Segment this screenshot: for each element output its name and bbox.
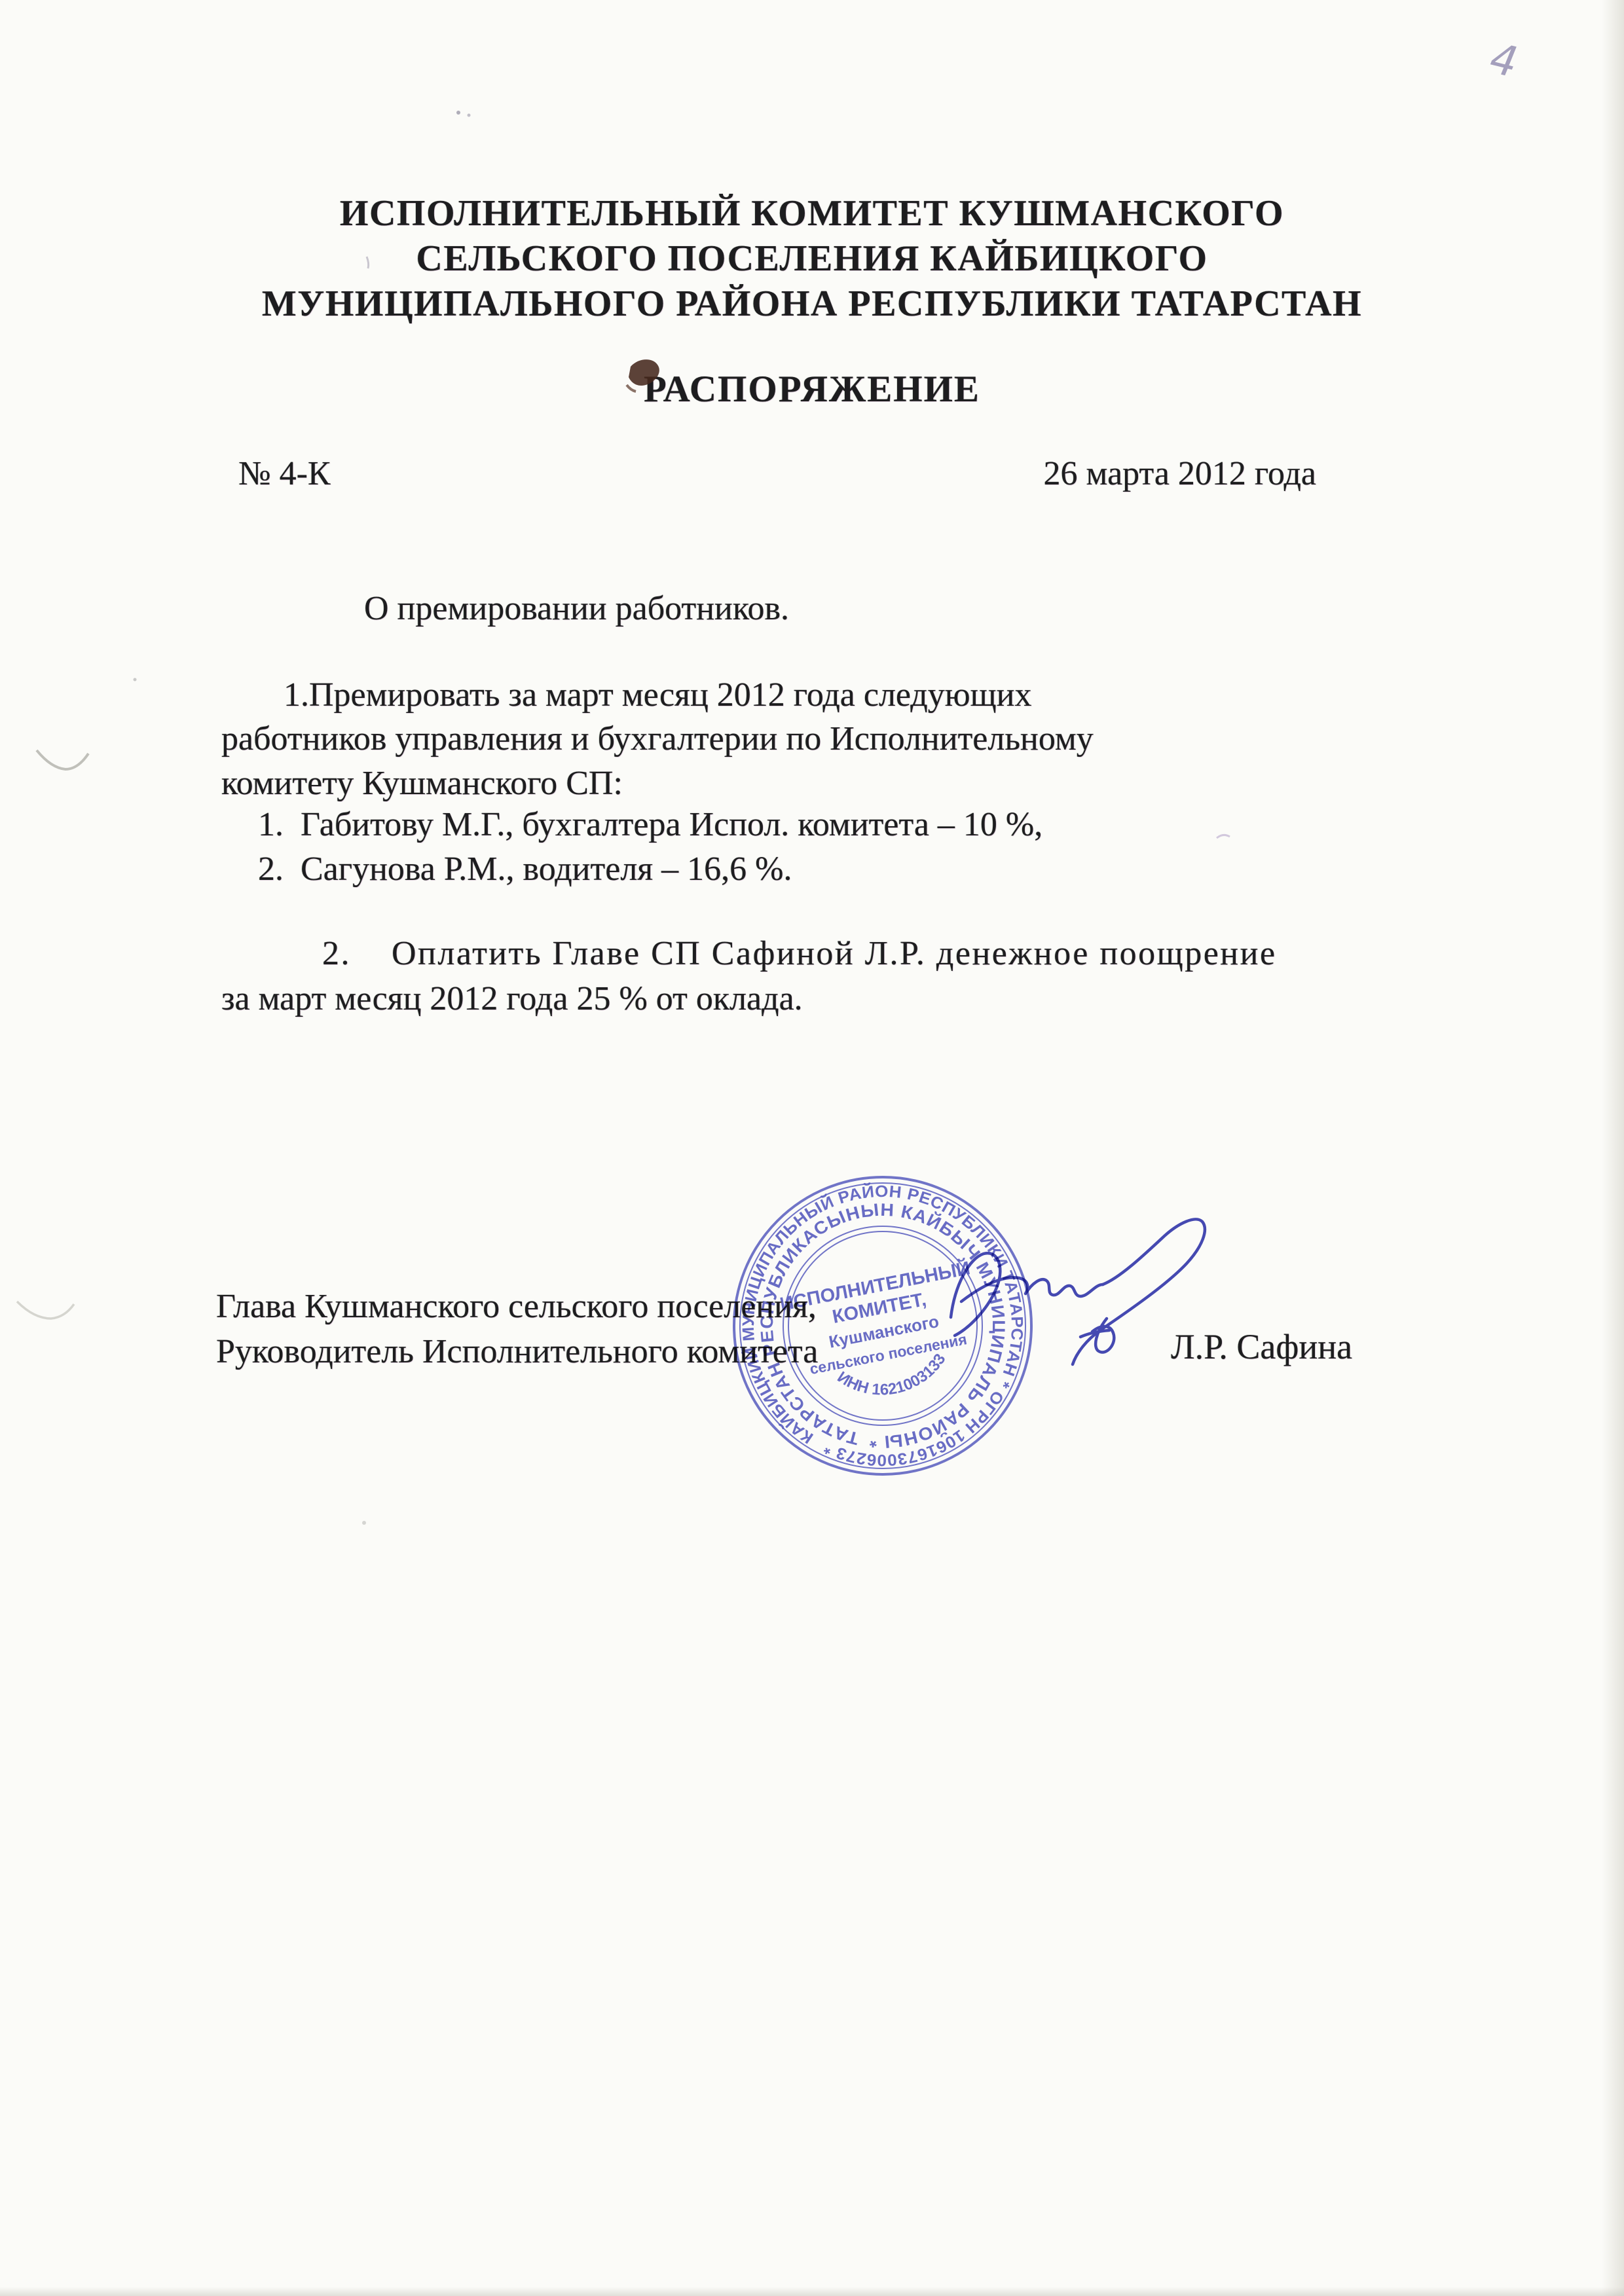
svg-text:ИНН 1621003133: ИНН 1621003133 (832, 1348, 954, 1408)
dust-speck (456, 111, 460, 115)
dust-speck (362, 1521, 366, 1525)
stamp-inner-circle (788, 1231, 977, 1420)
stamp-inner-ring-text: ТАТАРСТАН РЕСПУБЛИКАСЫНЫН КАЙБЫЧ МУНИЦИП… (733, 1176, 1032, 1475)
list-item: 1. Габитову М.Г., бухгалтера Испол. коми… (258, 805, 1043, 844)
letterhead-line-2: СЕЛЬСКОГО ПОСЕЛЕНИЯ КАЙБИЦКОГО (0, 236, 1624, 282)
svg-text:КАЙБИЦКИЙ МУНИЦИПАЛЬНЫЙ РАЙОН: КАЙБИЦКИЙ МУНИЦИПАЛЬНЫЙ РАЙОН РЕСПУБЛИКИ… (724, 1167, 1041, 1484)
signature-stroke (961, 1277, 1103, 1302)
list-item: 2. Сагунова Р.М., водителя – 16,6 %. (258, 850, 792, 888)
order-date: 26 марта 2012 года (1044, 454, 1316, 493)
stamp-center-line-4: сельского поселения (808, 1330, 968, 1377)
order-number: № 4-К (238, 454, 331, 493)
letterhead: ИСПОЛНИТЕЛЬНЫЙ КОМИТЕТ КУШМАНСКОГО СЕЛЬС… (0, 191, 1624, 327)
stamp-outer-inner-circle (740, 1183, 1025, 1468)
pencil-mark (1217, 835, 1230, 838)
hole-punch-shadow (17, 1302, 74, 1319)
paper-edge-shadow (0, 2287, 1624, 2296)
stamp-outer-ring-text: КАЙБИЦКИЙ МУНИЦИПАЛЬНЫЙ РАЙОН РЕСПУБЛИКИ… (724, 1167, 1041, 1484)
paragraph1-line: комитету Кушманского СП: (221, 764, 623, 803)
stamp-center-line-3: Кушманского (827, 1311, 940, 1352)
signatory-name: Л.Р. Сафина (1171, 1326, 1352, 1367)
official-round-stamp: КАЙБИЦКИЙ МУНИЦИПАЛЬНЫЙ РАЙОН РЕСПУБЛИКИ… (724, 1167, 1041, 1484)
scanned-document-page: 4 ИСПОЛНИТЕЛЬНЫЙ КОМИТЕТ КУШМАНСКОГО СЕЛ… (0, 0, 1624, 2296)
letterhead-line-1: ИСПОЛНИТЕЛЬНЫЙ КОМИТЕТ КУШМАНСКОГО (0, 191, 1624, 236)
scan-artifacts (0, 0, 1624, 2296)
document-title: РАСПОРЯЖЕНИЕ (0, 368, 1624, 410)
paragraph1-line: работников управления и бухгалтерии по И… (221, 720, 1094, 758)
dust-speck (468, 114, 471, 117)
paragraph1-line: 1.Премировать за март месяц 2012 года сл… (284, 676, 1031, 714)
dust-speck (134, 678, 137, 682)
paper-edge-shadow (1602, 0, 1624, 2296)
stamp-inn-text: ИНН 1621003133 (832, 1348, 954, 1408)
signatory-position-line: Руководитель Исполнительного комитета (216, 1332, 818, 1371)
signature-stroke (1080, 1330, 1109, 1337)
stamp-middle-circle (783, 1226, 982, 1425)
handwritten-page-number: 4 (1482, 35, 1526, 86)
signature-stroke (951, 1253, 1000, 1336)
subject-line: О премировании работников. (364, 589, 789, 628)
svg-text:ТАТАРСТАН РЕСПУБЛИКАСЫНЫН КАЙБ: ТАТАРСТАН РЕСПУБЛИКАСЫНЫН КАЙБЫЧ МУНИЦИП… (733, 1176, 1032, 1475)
letterhead-line-3: МУНИЦИПАЛЬНОГО РАЙОНА РЕСПУБЛИКИ ТАТАРСТ… (0, 282, 1624, 327)
stamp-outer-circle (734, 1177, 1031, 1474)
signatory-position-line: Глава Кушманского сельского поселения, (216, 1287, 817, 1326)
paragraph2-line: за март месяц 2012 года 25 % от оклада. (221, 979, 803, 1018)
handwritten-signature (0, 0, 1624, 2296)
signature-stroke (1092, 1319, 1114, 1352)
paragraph2-line: 2. Оплатить Главе СП Сафиной Л.Р. денежн… (322, 934, 1277, 973)
stamp-center-line-2: КОМИТЕТ, (831, 1289, 929, 1328)
hole-punch-shadow (37, 750, 88, 769)
